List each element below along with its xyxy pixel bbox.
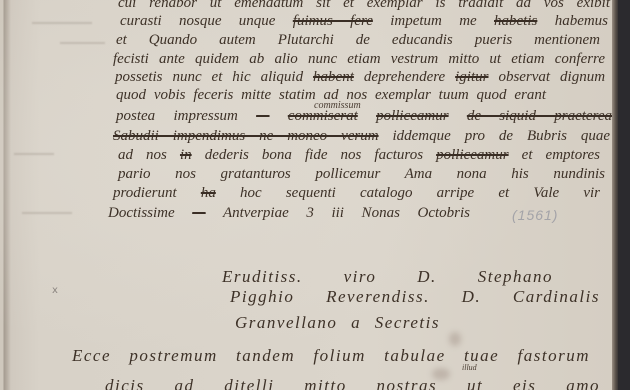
- bleed-through-mark: [22, 212, 72, 214]
- postscript-line-1: Ecce postremum tandem folium tabulae tua…: [72, 346, 590, 366]
- line-text: habemus: [555, 13, 608, 29]
- line-text: Doctissime: [108, 205, 175, 221]
- line-text: deprehendere: [364, 69, 445, 85]
- struck-text: igitur: [455, 69, 488, 85]
- struck-text: habetis: [494, 13, 537, 29]
- bleed-through-mark: [32, 22, 92, 24]
- letter-line-2: curasti nosque unque fuimus fere impetum…: [120, 12, 608, 30]
- paper-stain: [449, 332, 461, 346]
- letter-line-11: prodierunt ha hoc sequenti catalogo arri…: [113, 184, 600, 202]
- struck-text: Sabudii impendimus ne moneo verum: [113, 128, 379, 144]
- line-text: hoc sequenti catalogo arripe et Vale vir: [240, 185, 600, 201]
- line-text: pario nos gratanturos pollicemur Ama non…: [118, 166, 605, 182]
- letter-line-12-dateline: Doctissime — Antverpiae 3 iii Nonas Octo…: [108, 204, 470, 222]
- interlinear-insertion: illud: [462, 363, 477, 372]
- letter-line-4: fecisti ante quidem ab alio nunc etiam v…: [113, 50, 605, 68]
- postscript-line-2: dicis ad ditelli mitto nostras ut eis am…: [105, 376, 600, 390]
- address-line-1: Eruditiss. viro D. Stephano: [222, 267, 553, 287]
- letter-line-8: Sabudii impendimus ne moneo verum iddemq…: [113, 127, 610, 145]
- letter-line-7: postea impressum — commiserat polliceamu…: [116, 107, 612, 125]
- bleed-through-mark: [14, 153, 54, 155]
- line-text: et emptores: [522, 147, 600, 163]
- line-text: et Quando autem Plutarchi de educandis p…: [116, 32, 600, 48]
- margin-x-mark: x: [52, 285, 58, 296]
- address-line-2: Pigghio Reverendiss. D. Cardinalis: [230, 287, 600, 307]
- line-text: ad nos: [118, 147, 167, 163]
- letter-line-3: et Quando autem Plutarchi de educandis p…: [116, 31, 600, 49]
- struck-text: commiserat: [288, 108, 358, 124]
- page-edge: [612, 0, 618, 390]
- line-text: prodierunt: [113, 185, 177, 201]
- line-text: dederis bona fide nos facturos: [205, 147, 423, 163]
- struck-text: in: [180, 147, 192, 163]
- letter-line-5: possetis nunc et hic aliquid habent depr…: [115, 68, 605, 86]
- struck-text: habent: [313, 69, 354, 85]
- letter-line-10: pario nos gratanturos pollicemur Ama non…: [118, 165, 605, 183]
- address-line-3: Granvellano a Secretis: [235, 313, 440, 333]
- struck-text: —: [192, 205, 205, 221]
- struck-text: —: [256, 108, 269, 124]
- line-text: observat dignum: [498, 69, 605, 85]
- struck-text: polliceamur: [376, 108, 449, 124]
- line-text: cui renabor ut emendatum sit et exemplar…: [118, 0, 610, 11]
- line-text: fecisti ante quidem ab alio nunc etiam v…: [113, 51, 605, 67]
- line-text: impetum me: [390, 13, 476, 29]
- struck-text: de siquid praeterea: [467, 108, 612, 124]
- letter-line-1: cui renabor ut emendatum sit et exemplar…: [118, 0, 610, 12]
- line-text: Antverpiae 3 iii Nonas Octobris: [223, 205, 470, 221]
- letter-line-9: ad nos in dederis bona fide nos facturos…: [118, 146, 600, 164]
- line-text: possetis nunc et hic aliquid: [115, 69, 303, 85]
- bleed-through-mark: [60, 42, 105, 44]
- struck-text: ha: [201, 185, 216, 201]
- struck-text: polliceamur: [436, 147, 509, 163]
- manuscript-scan: x cui renabor ut emendatum sit et exempl…: [0, 0, 630, 390]
- line-text: postea impressum: [116, 108, 238, 124]
- line-text: iddemque pro de Bubris quae: [392, 128, 610, 144]
- pencil-date-annotation: (1561): [512, 207, 558, 223]
- struck-text: fuimus fere: [293, 13, 373, 29]
- line-text: curasti nosque unque: [120, 13, 275, 29]
